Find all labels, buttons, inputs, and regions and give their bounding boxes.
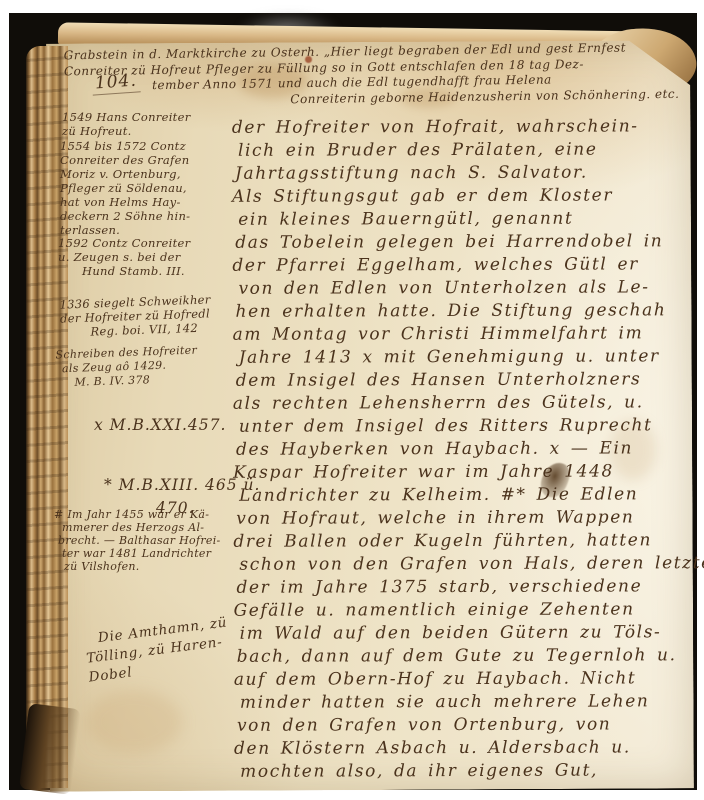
text-line: Hund Stamb. III. <box>82 264 190 278</box>
text-line: unter dem Insigel des Ritters Ruprecht <box>239 414 695 439</box>
text-line: Gefälle u. namentlich einige Zehenten <box>234 598 696 623</box>
text-line: von Hofraut, welche in ihrem Wappen <box>236 506 695 531</box>
margin-note-1336: 1336 siegelt Schweikherder Hofreiter zü … <box>59 292 211 339</box>
text-line: auf dem Obern-Hof zu Haybach. Nicht <box>234 667 696 692</box>
text-line: ein kleines Bauerngütl, genannt <box>238 207 694 232</box>
text-line: minder hatten sie auch mehrere Lehen <box>240 690 696 715</box>
manuscript-scan: Grabstein in d. Marktkirche zu Osterh. „… <box>0 0 704 800</box>
text-line: mochten also, da ihr eigenes Gut, <box>240 759 696 784</box>
text-line: im Wald auf den beiden Gütern zu Töls- <box>240 621 696 646</box>
text-line: von den Edlen von Unterholzen als Le- <box>238 276 694 301</box>
text-line: Jahre 1413 x mit Genehmigung u. unter <box>239 345 695 370</box>
margin-note-1429: Schreiben des Hofreiterals Zeug aô 1429.… <box>55 344 198 391</box>
text-line: von den Grafen von Ortenburg, von <box>237 713 696 738</box>
text-line: drei Ballen oder Kugeln führten, hatten <box>233 529 695 554</box>
text-line: Landrichter zu Kelheim. #* Die Edlen <box>239 483 695 508</box>
text-line: am Montag vor Christi Himmelfahrt im <box>233 322 695 347</box>
text-line: x M.B.XXI.457. <box>94 418 226 432</box>
text-line: lich ein Bruder des Prälaten, eine <box>238 138 694 163</box>
text-line: Conreiter des Grafen <box>60 153 190 167</box>
header-annotation: Grabstein in d. Marktkirche zu Osterh. „… <box>64 40 693 111</box>
text-line: ter war 1481 Landrichter <box>62 547 221 560</box>
text-line: bach, dann auf dem Gute zu Tegernloh u. <box>237 644 696 669</box>
margin-note-1455: # Im Jahr 1455 war er Kä-mmerer des Herz… <box>54 508 221 573</box>
margin-note-1549: 1549 Hans Conreiterzü Hofreut. <box>62 110 191 138</box>
text-line: der Pfarrei Eggelham, welches Gütl er <box>232 253 694 278</box>
text-line: der Hofreiter von Hofrait, wahrschein- <box>232 115 694 140</box>
text-line: Moriz v. Ortenburg, <box>60 167 190 181</box>
main-text: der Hofreiter von Hofrait, wahrschein-li… <box>232 115 696 784</box>
margin-note-1592: 1592 Contz Conreiteru. Zeugen s. bei der… <box>58 236 190 278</box>
text-line: schon von den Grafen von Hals, deren let… <box>239 552 695 577</box>
text-line: brecht. — Balthasar Hofrei- <box>58 534 221 547</box>
text-line: hat von Helms Hay- <box>60 195 190 209</box>
text-line: des Hayberken von Haybach. x — Ein <box>236 437 695 462</box>
text-line: 1554 bis 1572 Contz <box>60 139 190 153</box>
text-line: 1592 Contz Conreiter <box>58 236 190 250</box>
text-line: der im Jahre 1375 starb, verschiedene <box>236 575 695 600</box>
text-line: deckern 2 Söhne hin- <box>60 209 190 223</box>
margin-note-1554-1572: 1554 bis 1572 ContzConreiter des GrafenM… <box>60 139 190 237</box>
text-line: Kaspar Hofreiter war im Jahre 1448 <box>233 460 695 485</box>
text-line: hen erhalten hatte. Die Stiftung geschah <box>235 299 694 324</box>
text-line: zü Vilshofen. <box>64 560 221 573</box>
text-line: Pfleger zü Söldenau, <box>60 181 190 195</box>
text-line: Als Stiftungsgut gab er dem Kloster <box>232 184 694 209</box>
text-line: # Im Jahr 1455 war er Kä- <box>54 508 221 521</box>
text-line: den Klöstern Asbach u. Aldersbach u. <box>234 736 696 761</box>
page-number: 104. <box>91 70 140 95</box>
text-line: dem Insigel des Hansen Unterholzners <box>236 368 695 393</box>
text-line: terlassen. <box>60 223 190 237</box>
text-line: das Tobelein gelegen bei Harrendobel in <box>235 230 694 255</box>
spine-bottom-shadow <box>19 703 81 795</box>
text-line: mmerer des Herzogs Al- <box>62 521 221 534</box>
text-line: als rechten Lehensherrn des Gütels, u. <box>233 391 695 416</box>
text-line: Jahrtagsstiftung nach S. Salvator. <box>235 161 694 186</box>
text-line: 1549 Hans Conreiter <box>62 110 191 124</box>
text-line: zü Hofreut. <box>62 124 191 138</box>
text-line: u. Zeugen s. bei der <box>58 250 190 264</box>
margin-note-mb-xxi: x M.B.XXI.457. <box>94 418 226 432</box>
